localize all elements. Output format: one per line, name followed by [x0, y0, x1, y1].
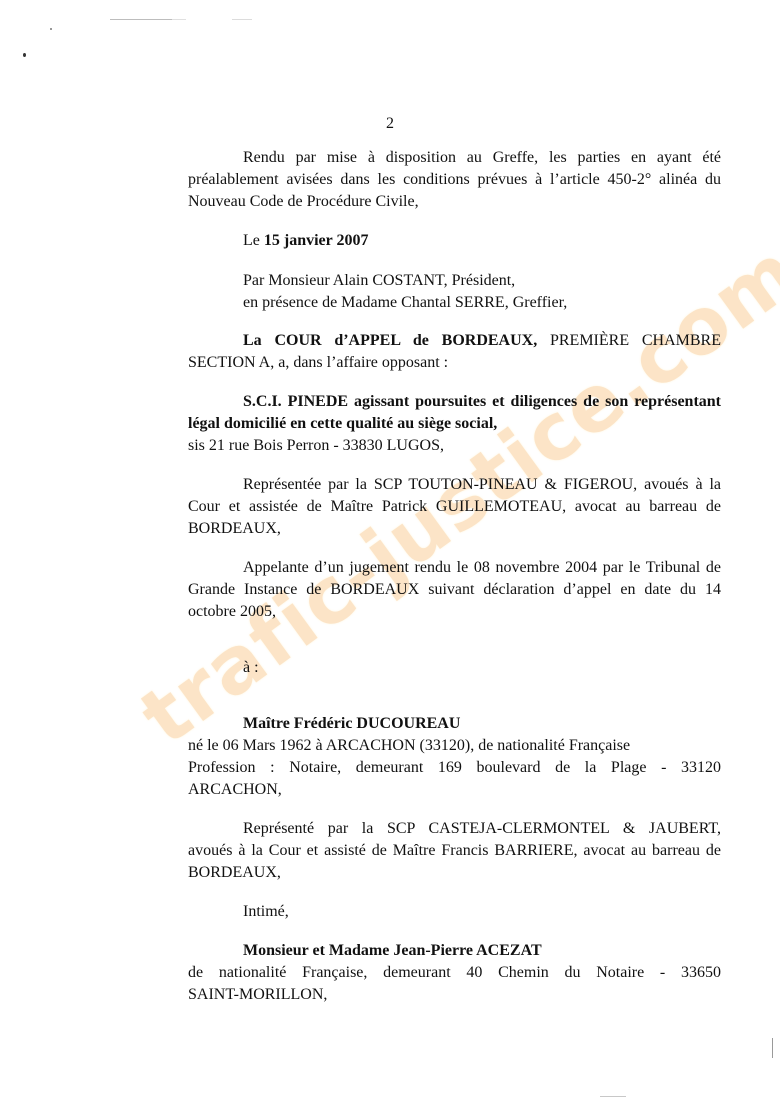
text-line: né le 06 Mars 1962 à ARCACHON (33120), d…	[188, 735, 721, 757]
text-line: Représenté par la SCP CASTEJA-CLERMONTEL…	[243, 818, 721, 840]
scan-artifact-mark	[772, 1038, 773, 1058]
text-line: Nouveau Code de Procédure Civile,	[188, 191, 721, 213]
text-line: avoués à la Cour et assisté de Maître Fr…	[188, 840, 721, 862]
appellant-name: S.C.I. PINEDE agissant poursuites et dil…	[243, 391, 721, 413]
text-line: Cour et assistée de Maître Patrick GUILL…	[188, 496, 721, 518]
text-line: BORDEAUX,	[188, 862, 721, 884]
respondent-2-name: Monsieur et Madame Jean-Pierre ACEZAT	[243, 940, 542, 962]
appellant-name-cont: légal domicilié en cette qualité au sièg…	[188, 413, 721, 435]
text-line: de nationalité Française, demeurant 40 C…	[188, 962, 721, 984]
respondent-1-name: Maître Frédéric DUCOUREAU	[243, 713, 460, 735]
text-line: octobre 2005,	[188, 601, 721, 623]
scan-artifact-line	[600, 1096, 626, 1097]
scan-artifact-line	[110, 19, 172, 20]
text-line: Grande Instance de BORDEAUX suivant décl…	[188, 579, 721, 601]
chamber: PREMIÈRE CHAMBRE	[537, 332, 721, 349]
respondent-label: Intimé,	[243, 901, 289, 923]
text-line: SAINT-MORILLON,	[188, 984, 721, 1006]
versus-label: à :	[243, 657, 259, 679]
page-number: 2	[0, 115, 780, 133]
text-line: ARCACHON,	[188, 779, 721, 801]
watermark-container: trafic-justice.com	[125, 690, 126, 691]
text-line: Appelante d’un jugement rendu le 08 nove…	[243, 557, 721, 579]
text-line: BORDEAUX,	[188, 518, 721, 540]
date-prefix: Le	[243, 232, 264, 249]
scan-speck	[23, 53, 26, 57]
scan-speck	[50, 28, 52, 30]
scan-artifact-line	[172, 19, 186, 20]
judgment-date: Le 15 janvier 2007	[243, 230, 368, 252]
clerk-line: en présence de Madame Chantal SERRE, Gre…	[243, 292, 567, 314]
scan-artifact-line	[232, 19, 252, 20]
text-line: Rendu par mise à disposition au Greffe, …	[243, 147, 721, 169]
president-line: Par Monsieur Alain COSTANT, Président,	[243, 270, 515, 292]
court-name: La COUR d’APPEL de BORDEAUX,	[243, 332, 537, 349]
appellant-address: sis 21 rue Bois Perron - 33830 LUGOS,	[188, 435, 721, 457]
date-value: 15 janvier 2007	[264, 232, 369, 249]
text-line: SECTION A, a, dans l’affaire opposant :	[188, 352, 721, 374]
court-line: La COUR d’APPEL de BORDEAUX, PREMIÈRE CH…	[243, 330, 721, 352]
text-line: préalablement avisées dans les condition…	[188, 169, 721, 191]
text-line: Profession : Notaire, demeurant 169 boul…	[188, 757, 721, 779]
text-line: Représentée par la SCP TOUTON-PINEAU & F…	[243, 474, 721, 496]
